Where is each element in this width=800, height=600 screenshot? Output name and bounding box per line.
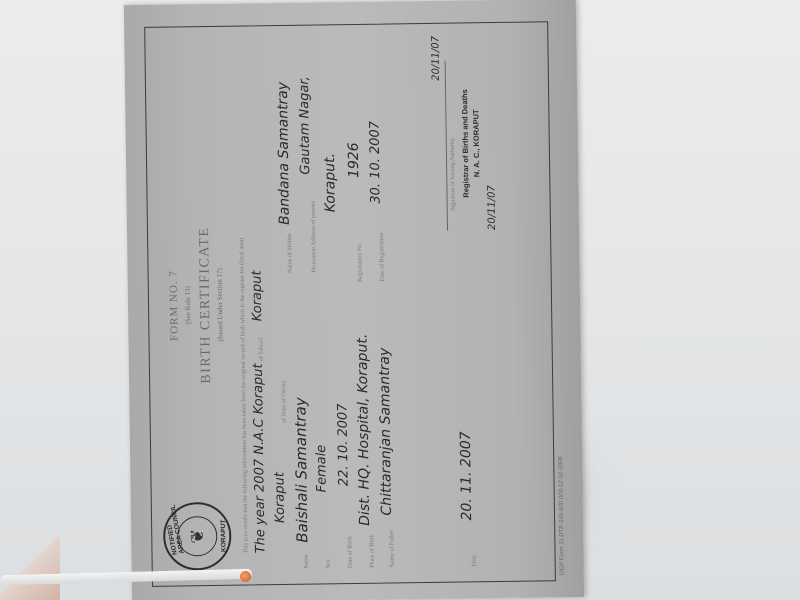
district-value: Koraput — [272, 472, 288, 523]
issuing-authority-label: Signature of Issuing Authority — [450, 138, 457, 211]
name-value: Baishali Samantray — [291, 397, 311, 543]
mother-value: Bandana Samantray — [275, 82, 293, 225]
name-label: Name — [304, 554, 310, 568]
sex-value: Female — [314, 445, 330, 493]
sign-date-bottom: 20/11/07 — [486, 185, 498, 230]
reg-date-value: 30. 10. 2007 — [367, 121, 383, 204]
issue-date-label: Date — [472, 555, 478, 566]
dob-label: Date of Birth — [347, 536, 353, 568]
signature-stroke — [445, 61, 448, 231]
sign-date-top: 20/11/07 — [430, 36, 442, 81]
reg-date-label: Date of Registration — [379, 233, 386, 282]
father-value: Chittaranjan Samantray — [377, 348, 395, 516]
seal-bottom-text: KORAPUT — [220, 520, 227, 552]
tahasil-value: Koraput — [250, 270, 266, 321]
sex-label: Sex — [326, 559, 332, 568]
address-value-2: Koraput. — [322, 153, 339, 212]
issue-date-value: 20. 11. 2007 — [458, 431, 475, 520]
birth-certificate-paper: FORM NO. 7 (See Rule 13) BIRTH CERTIFICA… — [124, 0, 584, 600]
register-entry: The year 2007 N.A.C Koraput — [251, 363, 269, 553]
mother-label: Name of Mother — [287, 233, 294, 273]
registrar-office: N. A. C., KORAPUT — [470, 58, 483, 228]
address-value: Gautam Nagar, — [297, 76, 313, 175]
tahasil-label: of Tahasil — [259, 338, 265, 362]
pob-value: Dist. HQ. Hospital, Koraput. — [354, 334, 373, 526]
certificate-content: FORM NO. 7 (See Rule 13) BIRTH CERTIFICA… — [144, 21, 554, 585]
intro-text: This is to certify that the following in… — [239, 238, 249, 554]
footer-print: OGP Form 11 DTP-165-500 000-12-10-2006 — [558, 456, 566, 575]
dob-value: 22. 10. 2007 — [335, 403, 351, 486]
pen-tip — [240, 571, 251, 582]
father-label: Name of Father — [389, 530, 396, 568]
pob-label: Place of Birth — [369, 534, 375, 567]
reg-no-label: Registration No. — [357, 242, 364, 282]
reg-no-value: 1926 — [346, 142, 362, 178]
registrar-stamp: Registrar of Births and Deaths N. A. C.,… — [459, 58, 483, 228]
address-label: Permanent Address of parents — [311, 201, 318, 273]
state-label: of State of Orissa — [281, 381, 288, 423]
